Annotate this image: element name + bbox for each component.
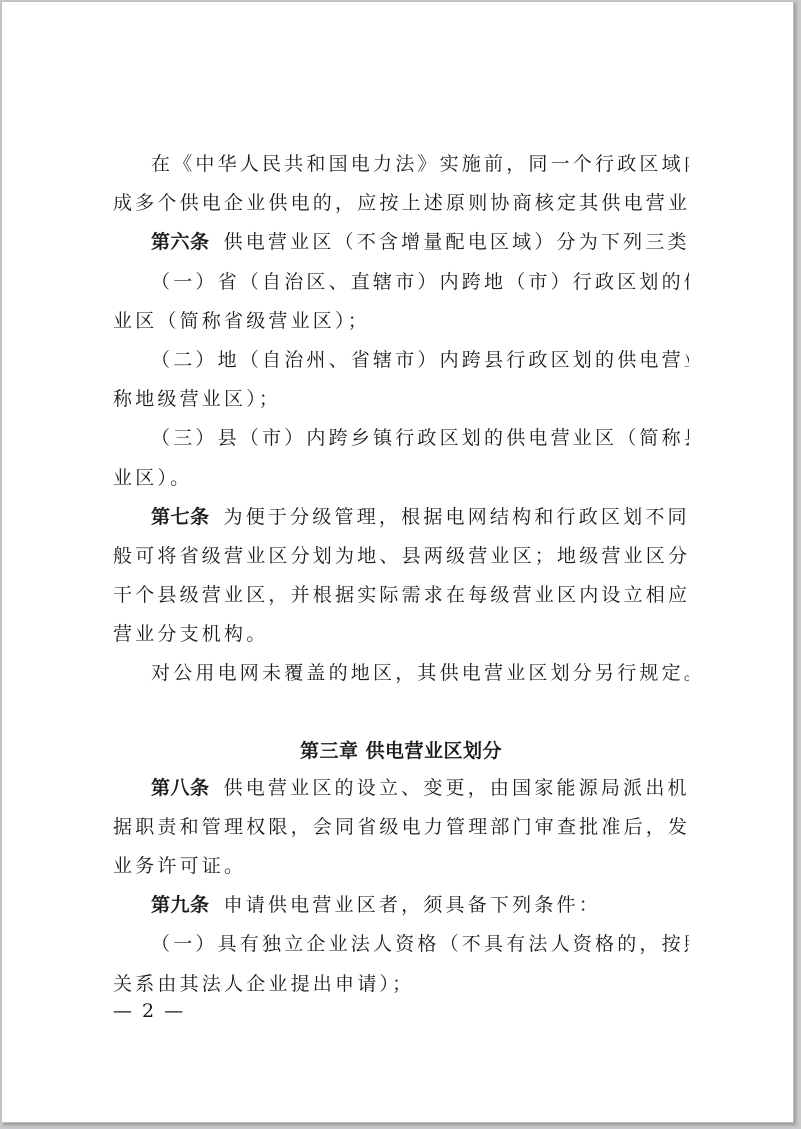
- paragraph-line: 业区）。: [113, 459, 689, 498]
- paragraph-line: 据职责和管理权限，会同省级电力管理部门审查批准后，发给电力: [113, 808, 689, 847]
- paragraph-line: 干个县级营业区，并根据实际需求在每级营业区内设立相应的供电: [113, 576, 689, 615]
- article-text: 申请供电营业区者，须具备下列条件：: [224, 894, 601, 916]
- paragraph-line: （三）县（市）内跨乡镇行政区划的供电营业区（简称县级营: [113, 419, 689, 458]
- document-body: 在《中华人民共和国电力法》实施前，同一个行政区域内已形 成多个供电企业供电的，应…: [113, 145, 689, 1004]
- paragraph-line: 在《中华人民共和国电力法》实施前，同一个行政区域内已形: [113, 145, 689, 184]
- paragraph-line: 对公用电网未覆盖的地区，其供电营业区划分另行规定。: [113, 654, 689, 693]
- paragraph-line: 称地级营业区）；: [113, 380, 689, 419]
- paragraph-line: 成多个供电企业供电的，应按上述原则协商核定其供电营业区。: [113, 184, 689, 223]
- article-9: 第九条申请供电营业区者，须具备下列条件：: [113, 886, 689, 925]
- paragraph-line: （一）具有独立企业法人资格（不具有法人资格的，按照隶属: [113, 925, 689, 964]
- article-text: 为便于分级管理，根据电网结构和行政区划不同，一: [224, 506, 689, 528]
- paragraph-line: 关系由其法人企业提出申请）；: [113, 965, 689, 1004]
- paragraph-line: 业区（简称省级营业区）；: [113, 302, 689, 341]
- paragraph-line: （二）地（自治州、省辖市）内跨县行政区划的供电营业区（简: [113, 341, 689, 380]
- article-label: 第六条: [151, 231, 210, 253]
- paragraph-line: （一）省（自治区、直辖市）内跨地（市）行政区划的供电营: [113, 263, 689, 302]
- article-8: 第八条供电营业区的设立、变更，由国家能源局派出机构依: [113, 769, 689, 808]
- paragraph-line: 般可将省级营业区分划为地、县两级营业区；地级营业区分划为若: [113, 537, 689, 576]
- document-page: 在《中华人民共和国电力法》实施前，同一个行政区域内已形 成多个供电企业供电的，应…: [1, 1, 794, 1123]
- article-7: 第七条为便于分级管理，根据电网结构和行政区划不同，一: [113, 498, 689, 537]
- article-text: 供电营业区（不含增量配电区域）分为下列三类：: [224, 231, 689, 253]
- chapter-title: 第三章 供电营业区划分: [113, 733, 689, 769]
- article-6: 第六条供电营业区（不含增量配电区域）分为下列三类：: [113, 223, 689, 262]
- article-label: 第八条: [151, 777, 210, 799]
- paragraph-line: 营业分支机构。: [113, 615, 689, 654]
- article-text: 供电营业区的设立、变更，由国家能源局派出机构依: [224, 777, 689, 799]
- article-label: 第七条: [151, 506, 210, 528]
- article-label: 第九条: [151, 894, 210, 916]
- page-number: — 2 —: [113, 1000, 185, 1022]
- paragraph-line: 业务许可证。: [113, 847, 689, 886]
